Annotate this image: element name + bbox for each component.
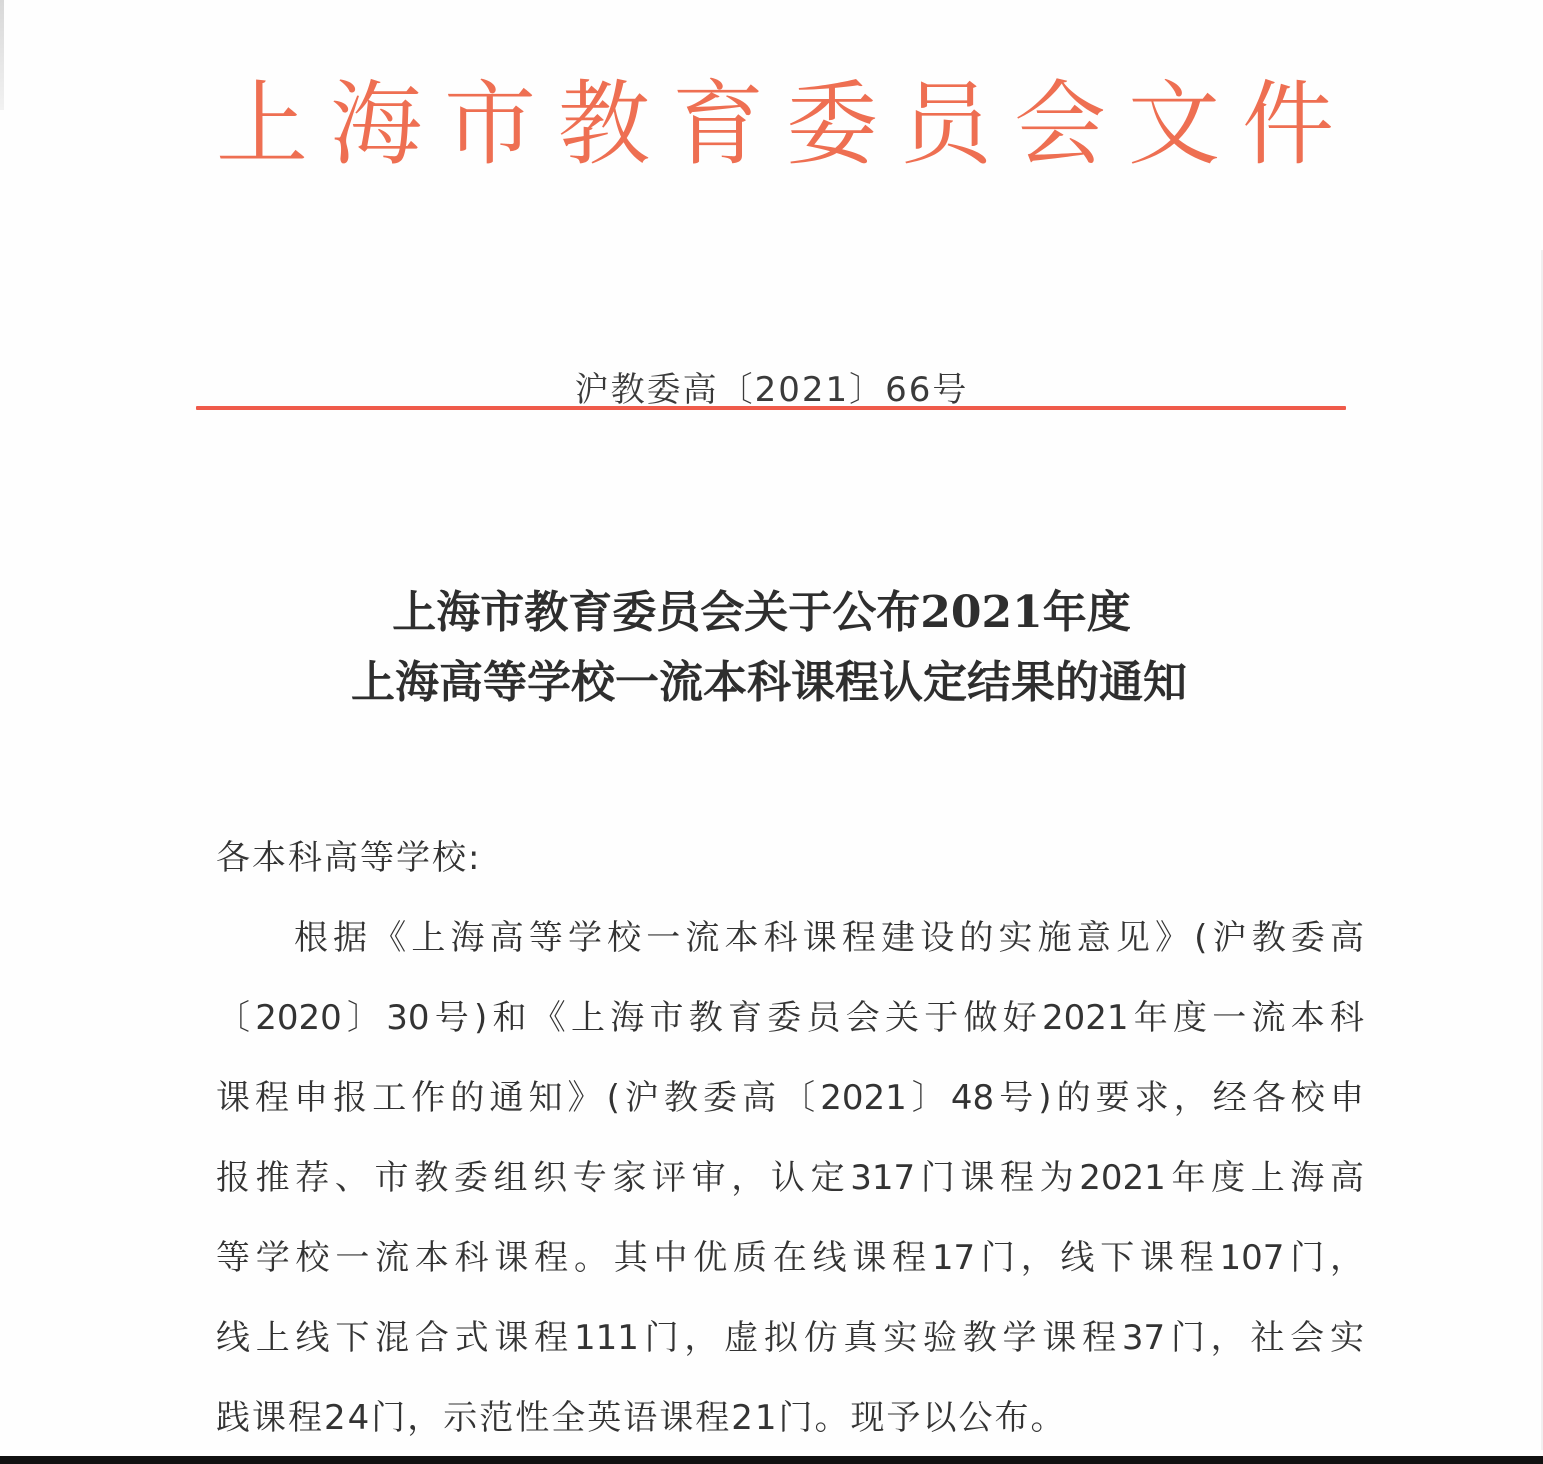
scan-edge-left bbox=[0, 0, 4, 110]
notice-title-line-2: 上海高等学校一流本科课程认定结果的通知 bbox=[0, 648, 1543, 718]
notice-title: 上海市教育委员会关于公布2021年度 上海高等学校一流本科课程认定结果的通知 bbox=[0, 578, 1543, 718]
red-divider-rule bbox=[196, 406, 1346, 410]
body-line: 践课程24门，示范性全英语课程21门。现予以公布。 bbox=[216, 1378, 1364, 1458]
body-paragraph: 根据《上海高等学校一流本科课程建设的实施意见》(沪教委高 〔2020〕30号)和… bbox=[216, 898, 1364, 1458]
masthead-char: 市 bbox=[438, 79, 542, 171]
masthead-char: 件 bbox=[1236, 79, 1340, 171]
masthead-char: 文 bbox=[1122, 79, 1226, 171]
body-line: 等学校一流本科课程。其中优质在线课程17门，线下课程107门， bbox=[216, 1218, 1364, 1298]
masthead-char: 员 bbox=[894, 79, 998, 171]
bottom-edge-bar bbox=[0, 1456, 1543, 1464]
document-page: 上 海 市 教 育 委 员 会 文 件 沪教委高〔2021〕66号 上海市教育委… bbox=[0, 0, 1543, 1456]
masthead-char: 上 bbox=[210, 79, 314, 171]
salutation: 各本科高等学校: bbox=[216, 830, 481, 879]
body-line: 课程申报工作的通知》(沪教委高〔2021〕48号)的要求，经各校申 bbox=[216, 1058, 1364, 1138]
masthead-char: 委 bbox=[780, 79, 884, 171]
masthead-char: 海 bbox=[324, 79, 428, 171]
notice-title-line-1: 上海市教育委员会关于公布2021年度 bbox=[0, 578, 1543, 648]
body-line: 线上线下混合式课程111门，虚拟仿真实验教学课程37门，社会实 bbox=[216, 1298, 1364, 1378]
body-line: 〔2020〕30号)和《上海市教育委员会关于做好2021年度一流本科 bbox=[216, 978, 1364, 1058]
masthead-char: 育 bbox=[666, 79, 770, 171]
body-line: 报推荐、市教委组织专家评审，认定317门课程为2021年度上海高 bbox=[216, 1138, 1364, 1218]
body-line: 根据《上海高等学校一流本科课程建设的实施意见》(沪教委高 bbox=[216, 898, 1364, 978]
document-number: 沪教委高〔2021〕66号 bbox=[0, 362, 1543, 411]
masthead-char: 会 bbox=[1008, 79, 1112, 171]
masthead-title: 上 海 市 教 育 委 员 会 文 件 bbox=[210, 70, 1340, 180]
masthead-char: 教 bbox=[552, 79, 656, 171]
